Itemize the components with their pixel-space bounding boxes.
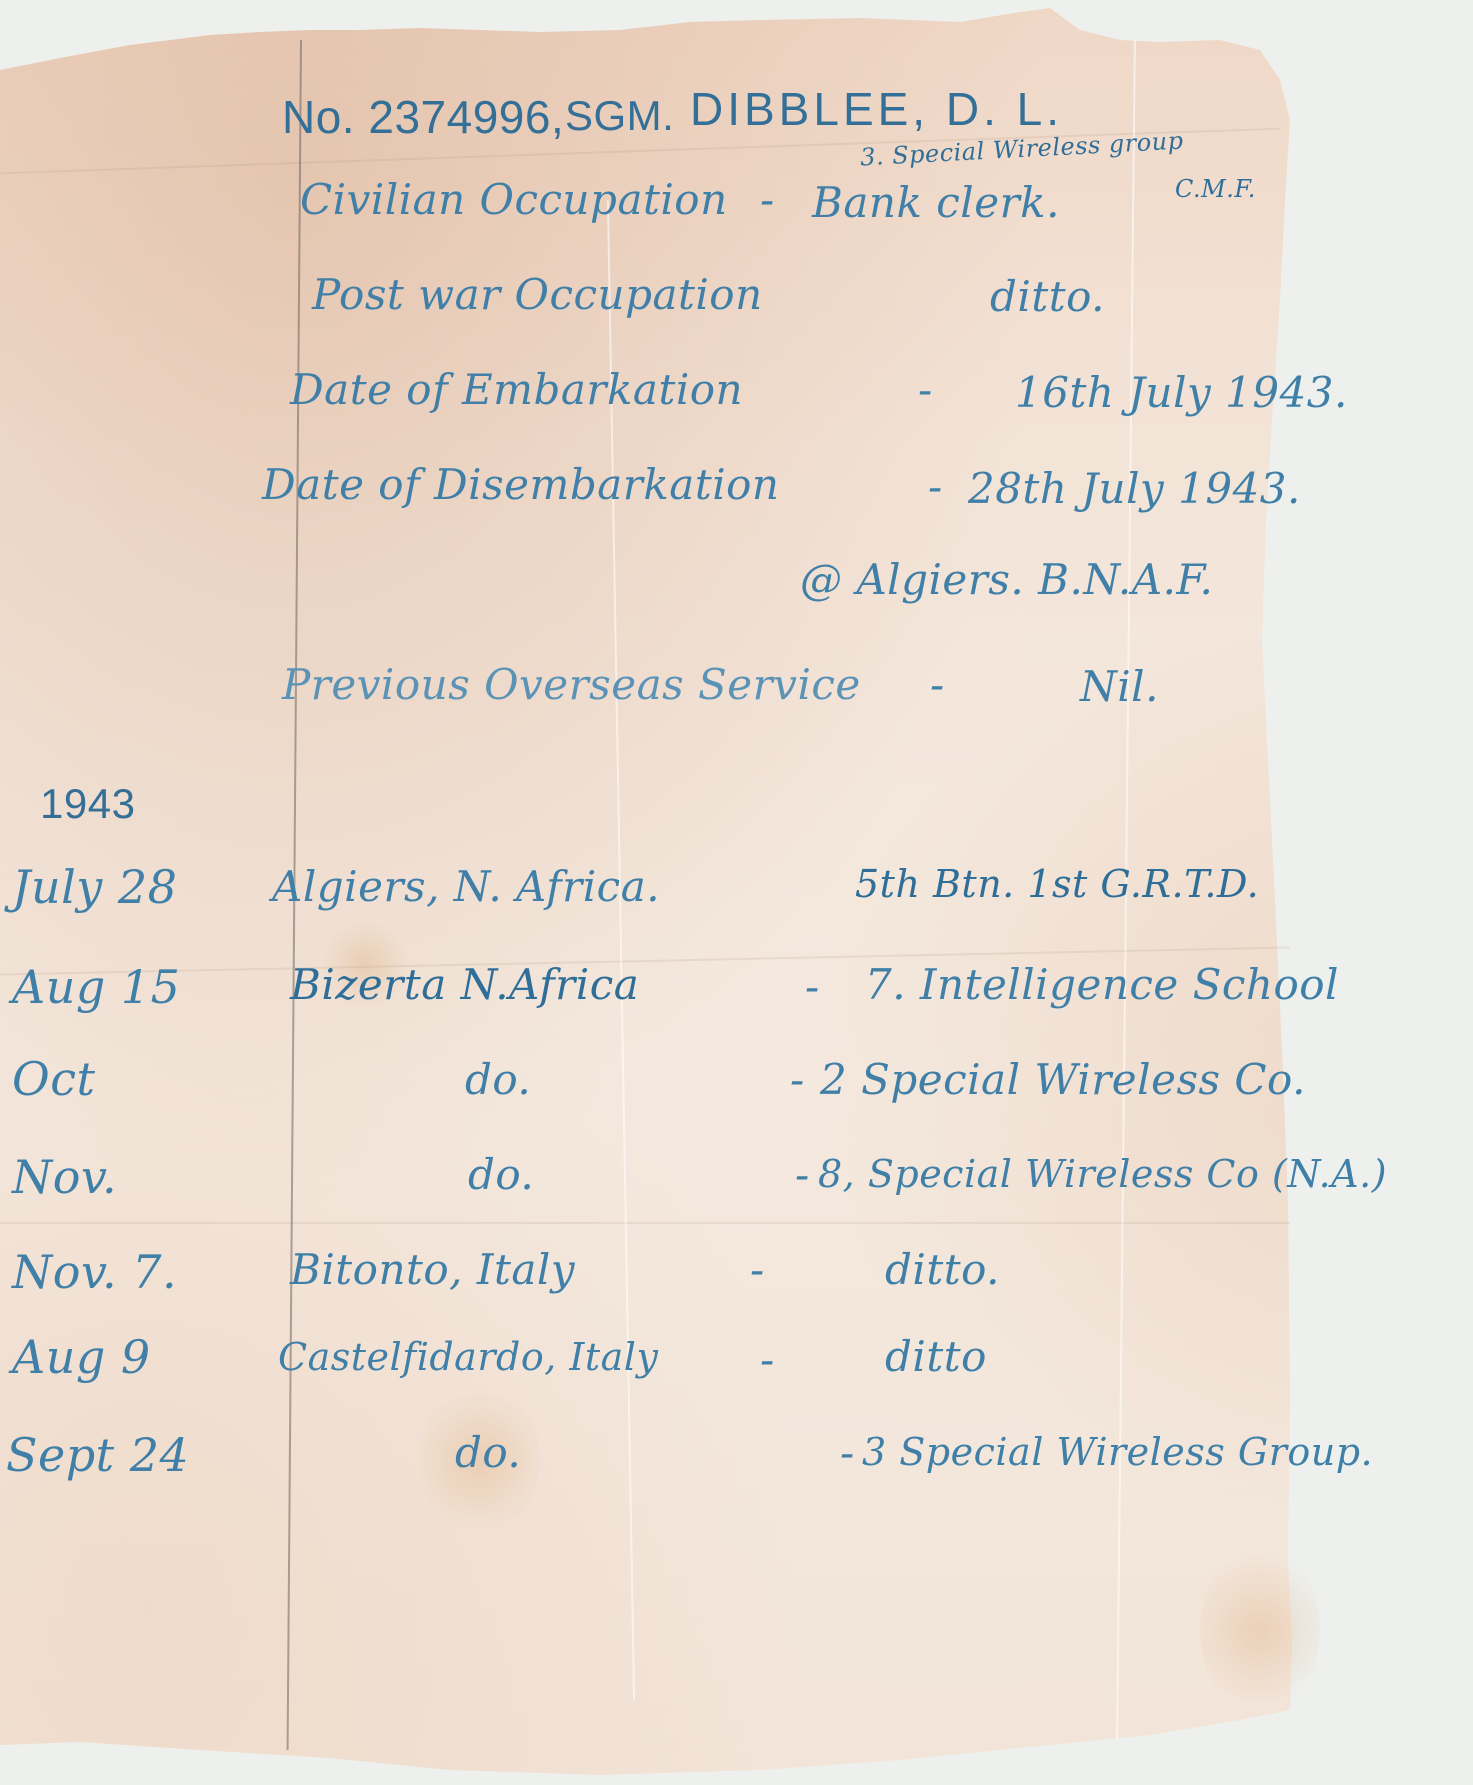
log-unit: 2 Special Wireless Co. [820, 1055, 1306, 1104]
log-date: Aug 9 [12, 1330, 151, 1384]
log-sep: - [795, 1150, 810, 1199]
log-place: do. [465, 1055, 531, 1104]
log-sep: - [805, 962, 820, 1011]
field-label-postwar-occupation: Post war Occupation [312, 270, 763, 319]
field-sep: - [930, 660, 945, 709]
log-date: Nov. 7. [12, 1245, 177, 1299]
log-place: Bizerta N.Africa [290, 960, 639, 1009]
log-sep: - [750, 1245, 765, 1294]
field-sep: - [760, 175, 775, 224]
field-value-disembarkation-date: 28th July 1943. [968, 464, 1301, 513]
log-date: Aug 15 [12, 960, 180, 1014]
field-sep: - [928, 462, 943, 511]
log-unit: ditto. [885, 1245, 1000, 1294]
field-value-embarkation-date: 16th July 1943. [1015, 368, 1348, 417]
field-value-civilian-occupation: Bank clerk. [812, 178, 1060, 227]
field-value-previous-service: Nil. [1080, 662, 1159, 711]
field-label-previous-service: Previous Overseas Service [282, 660, 861, 709]
document-page: No. 2374996, SGM. DIBBLEE, D. L. 3. Spec… [0, 0, 1473, 1785]
field-value-disembarkation-place: @ Algiers. B.N.A.F. [800, 555, 1213, 604]
log-date: Nov. [12, 1150, 117, 1204]
log-place: Algiers, N. Africa. [272, 862, 660, 911]
unit-suffix: C.M.F. [1175, 175, 1256, 203]
log-unit: 7. Intelligence School [865, 960, 1339, 1009]
log-date: Oct [12, 1052, 95, 1106]
log-date: July 28 [12, 860, 177, 914]
field-label-disembarkation-date: Date of Disembarkation [262, 460, 779, 509]
field-label-civilian-occupation: Civilian Occupation [300, 175, 728, 224]
log-date: Sept 24 [6, 1428, 189, 1482]
log-sep: - [790, 1055, 805, 1104]
log-place: do. [455, 1428, 521, 1477]
log-unit: 5th Btn. 1st G.R.T.D. [855, 862, 1259, 906]
log-place: Bitonto, Italy [290, 1245, 575, 1294]
log-unit: 8, Special Wireless Co (N.A.) [818, 1152, 1387, 1196]
field-sep: - [918, 365, 933, 414]
field-label-embarkation-date: Date of Embarkation [290, 365, 743, 414]
log-unit: ditto [885, 1332, 987, 1381]
paper-stain [1200, 1540, 1320, 1720]
field-value-postwar-occupation: ditto. [990, 272, 1105, 321]
log-unit: 3 Special Wireless Group. [862, 1430, 1373, 1474]
fold-line [0, 1222, 1290, 1224]
log-sep: - [760, 1335, 775, 1384]
rank: SGM. [565, 92, 674, 140]
log-sep: - [840, 1428, 855, 1477]
log-place: Castelfidardo, Italy [278, 1335, 658, 1379]
log-year: 1943 [40, 780, 135, 828]
log-place: do. [468, 1150, 534, 1199]
service-number: No. 2374996, [282, 90, 564, 144]
soldier-name: DIBBLEE, D. L. [690, 82, 1063, 136]
